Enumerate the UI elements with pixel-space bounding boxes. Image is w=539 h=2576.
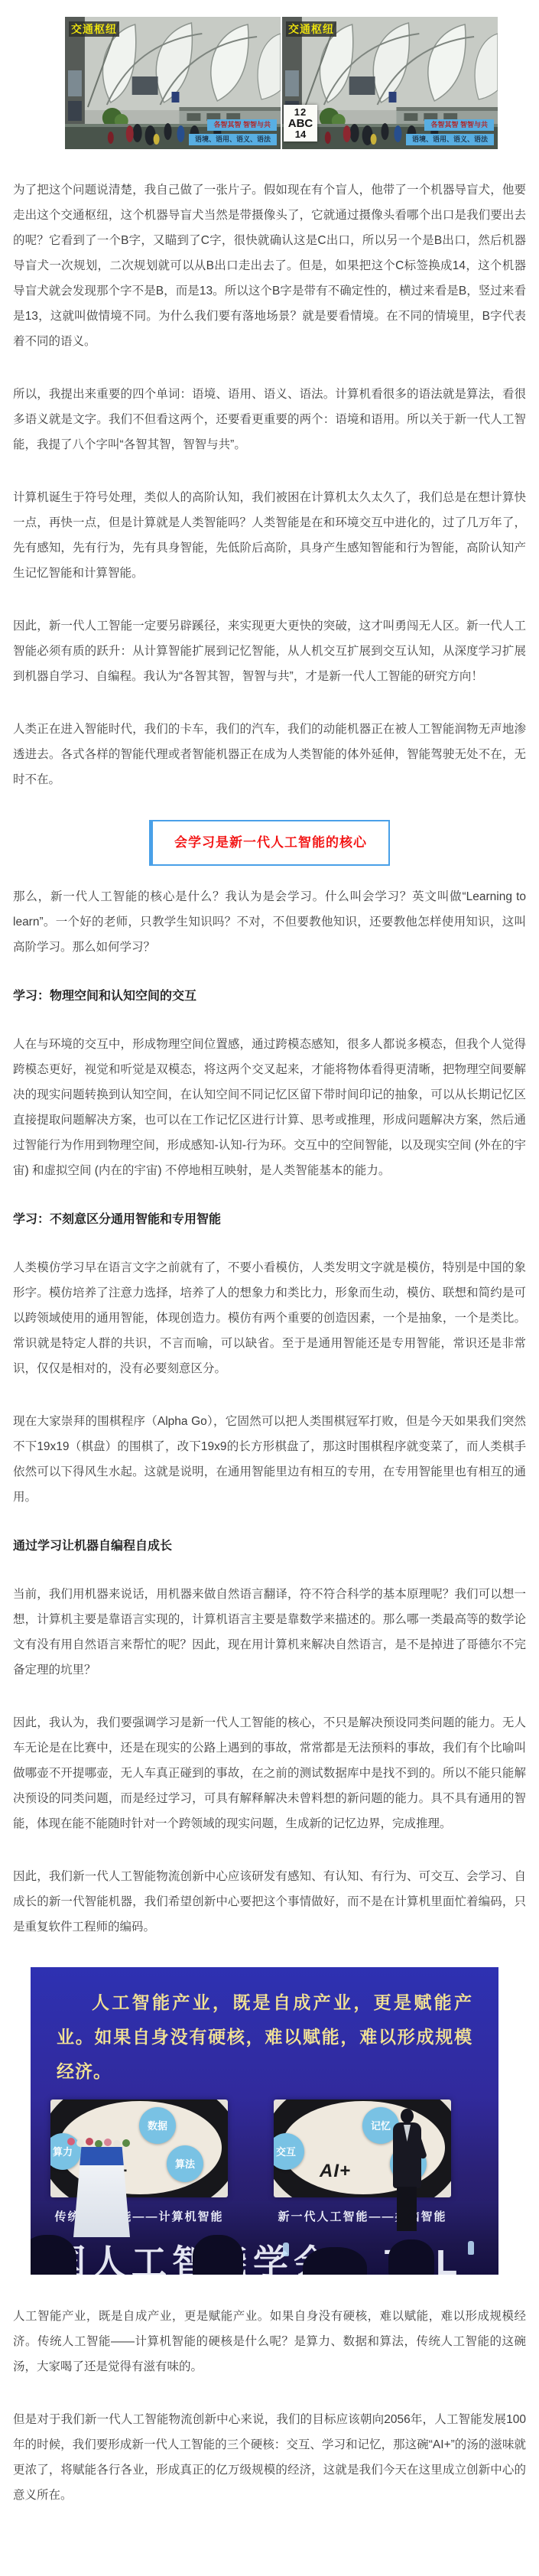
article-paragraph: 人在与环境的交互中，形成物理空间位置感，通过跨模态感知，很多人都说多模态，但我个… (13, 1032, 526, 1183)
article-paragraph: 因此，我认为，我们要强调学习是新一代人工智能的核心，不只是解决预设同类问题的能力… (13, 1710, 526, 1836)
article-body-closing: 人工智能产业，既是自成产业，更是赋能产业。如果自身没有硬核，难以赋能，难以形成规… (0, 2304, 539, 2508)
speaker-head (401, 2109, 414, 2123)
podium-logo-band (79, 2147, 124, 2165)
exit-sign-line-2: ABC (284, 118, 317, 130)
callout-text: 会学习是新一代人工智能的核心 (174, 835, 367, 850)
photo-caption-bars: 各智其智 智智与共 语境、语用、语义、语法 (189, 119, 277, 145)
article-paragraph: 人工智能产业，既是自成产业，更是赋能产业。如果自身没有硬核，难以赋能，难以形成规… (13, 2304, 526, 2379)
slide-traditional-ai: 算力 数据 算法 AI+ (50, 2100, 228, 2197)
article-paragraph: 计算机诞生于符号处理，类似人的高阶认知，我们被困在计算机太久太久了，我们总是在想… (13, 485, 526, 586)
exit-sign: 12 ABC 14 (284, 105, 317, 141)
article-paragraph: 因此，我们新一代人工智能物流创新中心应该研发有感知、有认知、有行为、可交互、会学… (13, 1864, 526, 1940)
podium (73, 2147, 130, 2237)
photo-caption-red: 各智其智 智智与共 (424, 119, 494, 131)
slide-caption-right: 新一代人工智能——类脑智能 (263, 2208, 462, 2224)
photo-caption-red: 各智其智 智智与共 (207, 119, 277, 131)
hub-label: 交通枢纽 (69, 21, 119, 37)
stage-banner-text: 国人工智能学会 TRL (31, 2235, 498, 2275)
banner-right-text: TRL (385, 2243, 459, 2275)
article-paragraph: 现在大家崇拜的围棋程序（Alpha Go），它固然可以把人类围棋冠军打败，但是今… (13, 1409, 526, 1510)
banner-left-text: 国人工智能学会 (50, 2243, 334, 2275)
article-page: 交通枢纽 各智其智 智智与共 语境、语用、语义、语法 (0, 0, 539, 2535)
article-paragraph: 因此，新一代人工智能一定要另辟蹊径，来实现更大更快的突破，这才叫勇闯无人区。新一… (13, 613, 526, 689)
article-paragraph: 人类模仿学习早在语言文字之前就有了，不要小看模仿，人类发明文字就是模仿，特别是中… (13, 1255, 526, 1381)
speaker-silhouette (390, 2109, 425, 2234)
article-paragraph: 那么，新一代人工智能的核心是什么？我认为是会学习。什么叫会学习？英文叫做“Lea… (13, 884, 526, 960)
ai-plus-label: AI+ (320, 2161, 351, 2182)
photo-caption-bars: 各智其智 智智与共 语境、语用、语义、语法 (406, 119, 494, 145)
section-heading-general-special: 学习：不刻意区分通用智能和专用智能 (13, 1211, 526, 1229)
callout-box: 会学习是新一代人工智能的核心 (149, 820, 390, 866)
stage-area: 算力 数据 算法 AI+ 交互 记忆 学习 AI+ 传统人工智能——计算机智能 … (31, 2096, 498, 2233)
exit-sign-line-3: 14 (284, 129, 317, 140)
podium-flowers (67, 2138, 75, 2145)
article-paragraph: 所以，我提出来重要的四个单词：语境、语用、语义、语法。计算机看很多的语法就是算法… (13, 382, 526, 457)
photo-caption-blue: 语境、语用、语义、语法 (406, 134, 494, 145)
section-heading-self-programming: 通过学习让机器自编程自成长 (13, 1537, 526, 1556)
airport-photo-left: 交通枢纽 各智其智 智智与共 语境、语用、语义、语法 (65, 17, 281, 149)
photo-caption-blue: 语境、语用、语义、语法 (189, 134, 277, 145)
slide-quote-text: 人工智能产业，既是自成产业，更是赋能产业。如果自身没有硬核，难以赋能，难以形成规… (31, 1967, 498, 2089)
article-body: 为了把这个问题说清楚，我自己做了一张片子。假如现在有个盲人，他带了一个机器导盲犬… (0, 177, 539, 1940)
exit-sign-line-1: 12 (284, 107, 317, 118)
conference-stage-image[interactable]: 国人工智能学会 TRL 人工智能产业，既是自成产业，更是赋能产业。如果自身没有硬… (31, 1967, 498, 2275)
article-paragraph: 人类正在进入智能时代，我们的卡车，我们的汽车，我们的动能机器正在被人工智能润物无… (13, 717, 526, 792)
bubble-algorithm: 算法 (167, 2145, 203, 2182)
bubble-data: 数据 (139, 2107, 176, 2144)
hero-airport-image[interactable]: 交通枢纽 各智其智 智智与共 语境、语用、语义、语法 (65, 17, 498, 149)
speaker-legs (397, 2187, 417, 2231)
section-heading-learning-spaces: 学习：物理空间和认知空间的交互 (13, 987, 526, 1006)
article-paragraph: 为了把这个问题说清楚，我自己做了一张片子。假如现在有个盲人，他带了一个机器导盲犬… (13, 177, 526, 354)
article-paragraph: 当前，我们用机器来说话，用机器来做自然语言翻译，符不符合科学的基本原理呢？我们可… (13, 1582, 526, 1683)
slide-caption-left: 传统人工智能——计算机智能 (40, 2208, 239, 2224)
article-paragraph: 但是对于我们新一代人工智能物流创新中心来说，我们的目标应该朝向2056年，人工智… (13, 2407, 526, 2508)
hub-label: 交通枢纽 (286, 21, 336, 37)
